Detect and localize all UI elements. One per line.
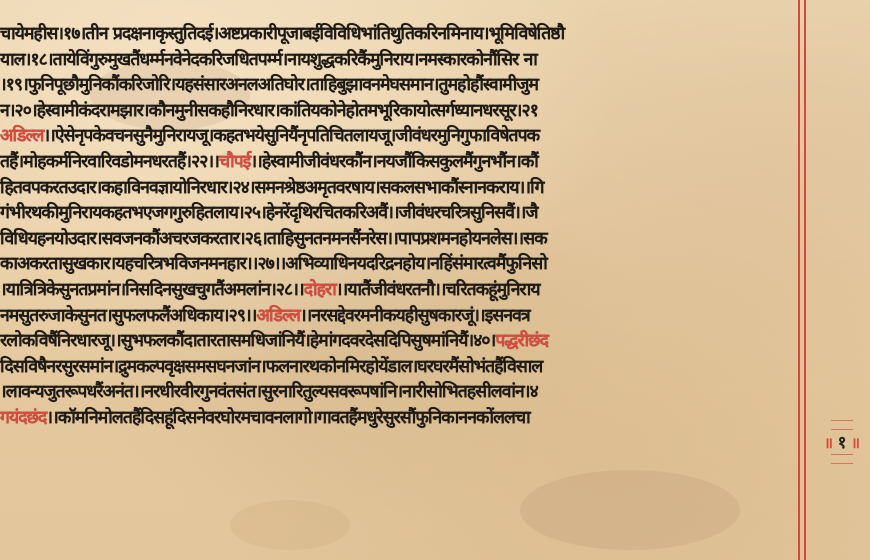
rubric-heading: चौपई [219,152,250,172]
manuscript-line: गयंदछंद।।कॉमनिमोलतहैंदिसहूंदिसनेवरघोरमचा… [0,406,798,432]
danda-mark: । [255,382,261,402]
text-segment: २४ [232,178,248,198]
manuscript-folio: चायेमहीस।१७।तीन प्रदक्षनाकृस्तुतिदई।अष्ट… [0,0,870,560]
text-segment: २० [15,101,31,121]
text-segment: हेनरें [266,203,289,223]
text-segment: सुफलफलैंअधिकाय [112,306,223,326]
text-segment: यहचरित्रभविजनमनहार [115,254,246,274]
text-segment: भूमिविषेतिष्ठौ [489,24,565,44]
text-segment: रलोकविषैंनिरधारजू [0,331,109,351]
text-segment: जीवंधरमुनिगुफाविषेतपक [395,126,539,146]
danda-mark: । [524,382,530,402]
danda-mark: । [17,152,23,172]
text-segment: अनंत [103,382,133,402]
text-segment: न [0,101,9,121]
danda-mark: । [261,229,267,249]
text-segment: २७ [257,254,273,274]
manuscript-line: हितवपकरतउदार।कहाविनवज्ञायोनिरधार।२४।समनश… [0,176,798,202]
text-segment: नयजौंकिसकुलमैंगुनभौंन [377,152,515,172]
text-segment: अभिव्याधिनयदरिद्रनहोय [285,254,424,274]
text-segment: घरघरमैंसोभंतहैंविसाल [417,357,542,377]
text-segment: कहतभएजगगुरुहितलाय [101,203,238,223]
danda-mark: । [25,50,31,70]
text-segment: १९ [6,75,22,95]
rubric-heading: अडिल्ल [0,126,43,146]
danda-mark: ।। [514,203,525,223]
text-segment: नायशुद्धकरिकैंमुनिराय [287,50,413,70]
danda-mark: । [208,126,214,146]
danda-mark: । [143,101,149,121]
manuscript-line: रलोकविषैंनिरधारजू।।सुभफलकौंदातारतासमधिजा… [0,329,798,355]
margin-rule-inner [798,0,800,560]
danda-mark: ।। [519,178,530,198]
danda-mark: । [22,75,28,95]
danda-mark: । [282,50,288,70]
text-segment: कौं [521,152,538,172]
danda-mark: । [227,178,233,198]
danda-mark: ।। [274,254,285,274]
text-segment: याल [0,50,25,70]
text-segment: ४० [473,331,489,351]
danda-mark: । [371,152,377,172]
danda-mark: ।। [245,306,256,326]
text-segment: तहैं [0,152,17,172]
danda-mark: ।। [386,229,397,249]
text-segment: यातैंजीवंधरतनौ [347,280,434,300]
text-segment: जीवंधरचरित्रसुनिसवैं [399,203,514,223]
danda-mark: । [185,152,191,172]
text-segment: अवैं [366,203,387,223]
danda-mark: । [239,229,245,249]
danda-mark: । [260,357,266,377]
danda-mark: । [238,203,244,223]
text-segment: नमस्कारकोनौंसिर ना [419,50,537,70]
manuscript-line: चायेमहीस।१७।तीन प्रदक्षनाकृस्तुतिदई।अष्ट… [0,22,798,48]
danda-mark: ।। [109,331,120,351]
danda-mark: । [249,178,255,198]
text-segment: कायोत्सर्गध्यानधरसूर [399,101,515,121]
text-segment: जै [526,203,538,223]
danda-mark: । [397,382,403,402]
danda-mark: । [169,75,175,95]
red-danda-right: ॥ [851,433,860,453]
text-segment: नमसुतरुजाकेसुनत [0,306,106,326]
text-segment: लावन्यजुतरूपधरैं [6,382,103,402]
danda-mark: । [490,331,496,351]
danda-mark: । [515,152,521,172]
manuscript-line: गंभीरथकीमुनिरायकहतभएजगगुरुहितलाय।२५।हेनर… [0,201,798,227]
danda-mark: ।। [292,280,303,300]
danda-mark: । [412,357,418,377]
ornament-bottom-icon [831,454,853,464]
text-segment: नियैं [445,331,468,351]
text-segment: हेस्वामीजीवंधरकौंन [262,152,371,172]
paper-stain [520,470,740,550]
text-segment: विविधिभांतिथुतिकरिनमिनाय [319,24,482,44]
manuscript-line: ।लावन्यजुतरूपधरैंअनंत।।नरधीरवीरगुनवंतसंत… [0,380,798,406]
danda-mark: ।। [133,382,144,402]
text-segment: गावतहैंमधुरेसुरसौंफुनिकाननकोंललचा [317,408,530,428]
text-segment: कहतभयेसुनियैंनृपतिचितलायजू [213,126,389,146]
manuscript-line: अडिल्ल।।ऐसेनृपकेवचनसुनैमुनिरायजू।कहतभयेस… [0,124,798,150]
text-segment: यात्रित्रिकेसुनतप्रमांन [6,280,120,300]
danda-mark: । [113,357,119,377]
danda-mark: । [119,280,125,300]
text-segment: हेमांगदवरदेसदिपिसुषमां [310,331,445,351]
danda-mark: ।। [246,254,257,274]
danda-mark: । [9,101,15,121]
text-segment: अष्टप्रकारीपूजाबई [218,24,319,44]
danda-mark: ।। [300,306,311,326]
text-segment: सक [523,229,546,249]
danda-mark: । [425,254,431,274]
text-segment: नवेनेदकरिजधितपर्म्म [164,50,282,70]
danda-mark: । [312,408,318,428]
text-segment: कॉमनिमोलतहैंदिसहूंदिसनेवरघोरमचावनलागो [58,408,312,428]
danda-mark: । [260,203,266,223]
text-segment: ताहिबुझावनमेघसमान [310,75,433,95]
danda-mark: ।। [336,280,347,300]
manuscript-line: न।२०।हेस्वामीकंदरामझार।कौनमुनीसकहौनिरधार… [0,99,798,125]
danda-mark: । [374,178,380,198]
text-segment: पापप्रशमनहोयनलेस [398,229,512,249]
text-segment: गि [530,178,544,198]
text-segment: फुनिपूछौमुनिकौंकरिजोरि [28,75,170,95]
danda-mark: । [31,101,37,121]
text-segment: १७ [63,24,79,44]
manuscript-line: ।यात्रित्रिकेसुनतप्रमांन।निसदिनसुखचुगतैं… [0,278,798,304]
text-segment: नहिंसंमारत्वमैंफुनिसो [430,254,547,274]
danda-mark: ।। [434,280,445,300]
danda-mark: ।। [387,203,398,223]
text-segment: इसनवत्र [485,306,530,326]
text-segment: सुरनारितुल्यसवरूपषांनि [261,382,396,402]
rubric-heading: अडिल्ल [257,306,300,326]
danda-mark: । [390,126,396,146]
text-segment: दिसविषैनरसुरसमांन [0,357,113,377]
text-segment: नारीसोभितहसीलवांन [402,382,524,402]
danda-mark: । [468,331,474,351]
text-segment: जांनियैं [265,331,304,351]
text-segment: २५ [244,203,260,223]
text-segment: सुभफलकौंदातारतासमधि [121,331,265,351]
text-segment: तीन प्रदक्षनाकृस्तुतिदई [85,24,212,44]
danda-mark: । [0,280,6,300]
text-segment: कांतियकोनेहोतमभूरि [280,101,400,121]
danda-mark: । [304,75,310,95]
danda-mark: । [47,50,53,70]
manuscript-line: ।१९।फुनिपूछौमुनिकौंकरिजोरि।यहसंसारअनलअति… [0,73,798,99]
manuscript-line: दिसविषैनरसुरसमांन।द्रुमकल्पवृक्षसमसघनजां… [0,355,798,381]
danda-mark: । [96,229,102,249]
danda-mark: ।। [512,229,523,249]
danda-mark: । [516,101,522,121]
danda-mark: । [223,306,229,326]
text-segment: ४ [530,382,538,402]
danda-mark: ।। [207,152,218,172]
manuscript-text-block: चायेमहीस।१७।तीन प्रदक्षनाकृस्तुतिदई।अष्ट… [0,22,798,432]
text-segment: समनश्रेष्ठअमृतवरषाय [255,178,374,198]
text-segment: हितवपकरतउदार [0,178,96,198]
text-segment: निसदिनसुखचुगतैंअमलांन [125,280,270,300]
text-segment: कहाविनवज्ञायोनिरधार [101,178,226,198]
danda-mark: । [57,24,63,44]
text-segment: विधियहनयोउदार [0,229,96,249]
manuscript-line: नमसुतरुजाकेसुनत।सुफलफलैंअधिकाय।२९।।अडिल्… [0,304,798,330]
text-segment: तायेविंगुरुमुखतैंधर्म्म [53,50,164,70]
danda-mark: । [274,101,280,121]
text-segment: कौनमुनीसकहौनिरधार [149,101,274,121]
rubric-heading: दोहरा [304,280,336,300]
danda-mark: । [433,75,439,95]
text-segment: यहसंसारअनलअतिघोर [175,75,304,95]
text-segment: मोहकर्मनिरवारिवडोमनधरतहैं [23,152,185,172]
text-segment: गंभीरथकीमुनिराय [0,203,101,223]
text-segment: ऐसेनृपकेवचनसुनैमुनिरायजू [55,126,208,146]
text-segment: नरसद्देवरमनीकयहीसुषकारजूं [311,306,473,326]
danda-mark: । [0,382,6,402]
text-segment: नरधीरवीरगुनवंतसंत [144,382,255,402]
text-segment: चरितकहूंमुनिराय [446,280,540,300]
text-segment: १८ [30,50,46,70]
danda-mark: ।। [46,408,57,428]
manuscript-line: काअकरतासुखकार।यहचरित्रभविजनमनहार।।२७।।अभ… [0,252,798,278]
text-segment: २२ [191,152,207,172]
text-segment: चायेमहीस [0,24,57,44]
danda-mark: ।। [250,152,261,172]
text-segment: तुमहोहौंस्वामीजुम [439,75,539,95]
ornament-top-icon [831,420,853,430]
rubric-heading: पद्धरीछंद [495,331,548,351]
danda-mark: । [96,178,102,198]
margin-rule-outer [804,0,806,560]
manuscript-line: विधियहनयोउदार।सवजनकौंअचरजकरतार।२६।ताहिसु… [0,227,798,253]
danda-mark: । [304,331,310,351]
text-segment: फलनारथकोनमिरहोयेंडाल [266,357,412,377]
text-segment: २९ [229,306,245,326]
text-segment: हेस्वामीकंदरामझार [37,101,143,121]
danda-mark: ।। [43,126,54,146]
danda-mark: । [0,75,6,95]
text-segment: सवजनकौंअचरजकरतार [102,229,239,249]
danda-mark: । [106,306,112,326]
danda-mark: । [80,24,86,44]
danda-mark: । [213,24,219,44]
text-segment: २१ [522,101,538,121]
danda-mark: । [270,280,276,300]
text-segment: दृथिरचितकरि [289,203,366,223]
text-segment: सकलसभाकौंस्नानकराय [380,178,519,198]
danda-mark: । [413,50,419,70]
text-segment: २६ [245,229,261,249]
rubric-heading: गयंदछंद [0,408,46,428]
paper-stain [230,500,350,550]
folio-number: ॥ १ ॥ [822,420,862,464]
danda-mark: । [483,24,489,44]
danda-mark: । [110,254,116,274]
manuscript-line: तहैं।मोहकर्मनिरवारिवडोमनधरतहैं।२२।।चौपई।… [0,150,798,176]
text-segment: २८ [276,280,292,300]
danda-mark: ।। [473,306,484,326]
text-segment: ताहिसुनतनमनसैंनरेस [267,229,386,249]
text-segment: काअकरतासुखकार [0,254,110,274]
manuscript-line: याल।१८।तायेविंगुरुमुखतैंधर्म्मनवेनेदकरिज… [0,48,798,74]
text-segment: द्रुमकल्पवृक्षसमसघनजांन [118,357,260,377]
